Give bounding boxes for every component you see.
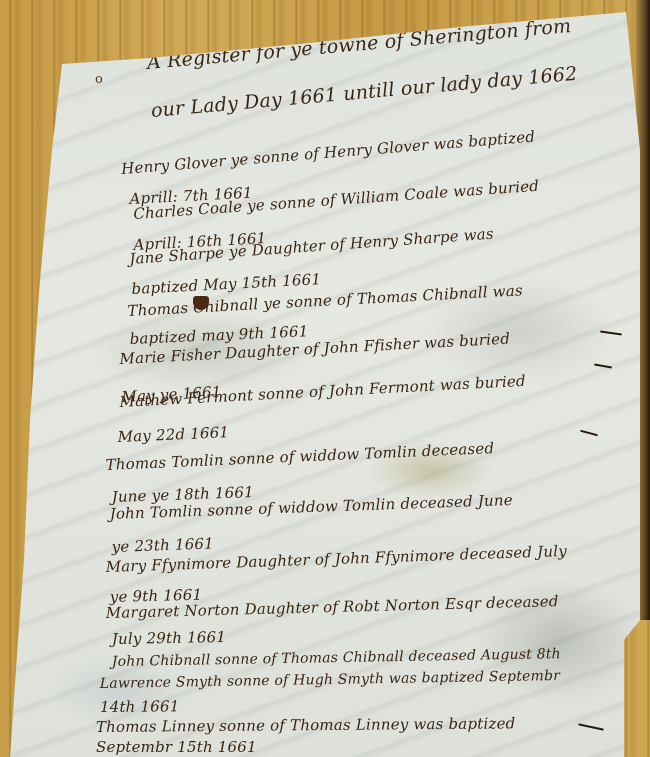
entry-line: 14th 1661 xyxy=(100,697,180,716)
parchment-sheet: o A Register for ye towne of Sherington … xyxy=(0,0,650,757)
entry-line: May 22d 1661 xyxy=(117,423,229,446)
entry-line: Lawrence Smyth sonne of Hugh Smyth was b… xyxy=(100,668,561,692)
line-end-dash xyxy=(600,330,622,335)
entry-line: Thomas Tomlin sonne of widdow Tomlin dec… xyxy=(105,439,494,474)
title-line-2: our Lady Day 1661 untill our lady day 16… xyxy=(150,63,578,122)
entry-line: John Chibnall sonne of Thomas Chibnall d… xyxy=(112,646,561,670)
entry-line: Jane Sharpe ye Daughter of Henry Sharpe … xyxy=(129,225,495,268)
line-end-dash xyxy=(578,723,604,730)
line-end-dash xyxy=(580,430,598,437)
entry-line: Henry Glover ye sonne of Henry Glover wa… xyxy=(121,127,536,178)
entry-line: Septembr 15th 1661 xyxy=(96,738,257,756)
line-end-dash xyxy=(594,363,612,368)
entry-line: Mathew Fermont sonne of John Fermont was… xyxy=(119,372,526,411)
entry-line: Charles Coale ye sonne of William Coale … xyxy=(133,177,540,223)
entry-line: Thomas Linney sonne of Thomas Linney was… xyxy=(96,714,516,736)
entry-line: July 29th 1661 xyxy=(112,628,227,648)
entry-line: ye 23th 1661 xyxy=(111,534,214,556)
margin-mark: o xyxy=(95,72,103,87)
